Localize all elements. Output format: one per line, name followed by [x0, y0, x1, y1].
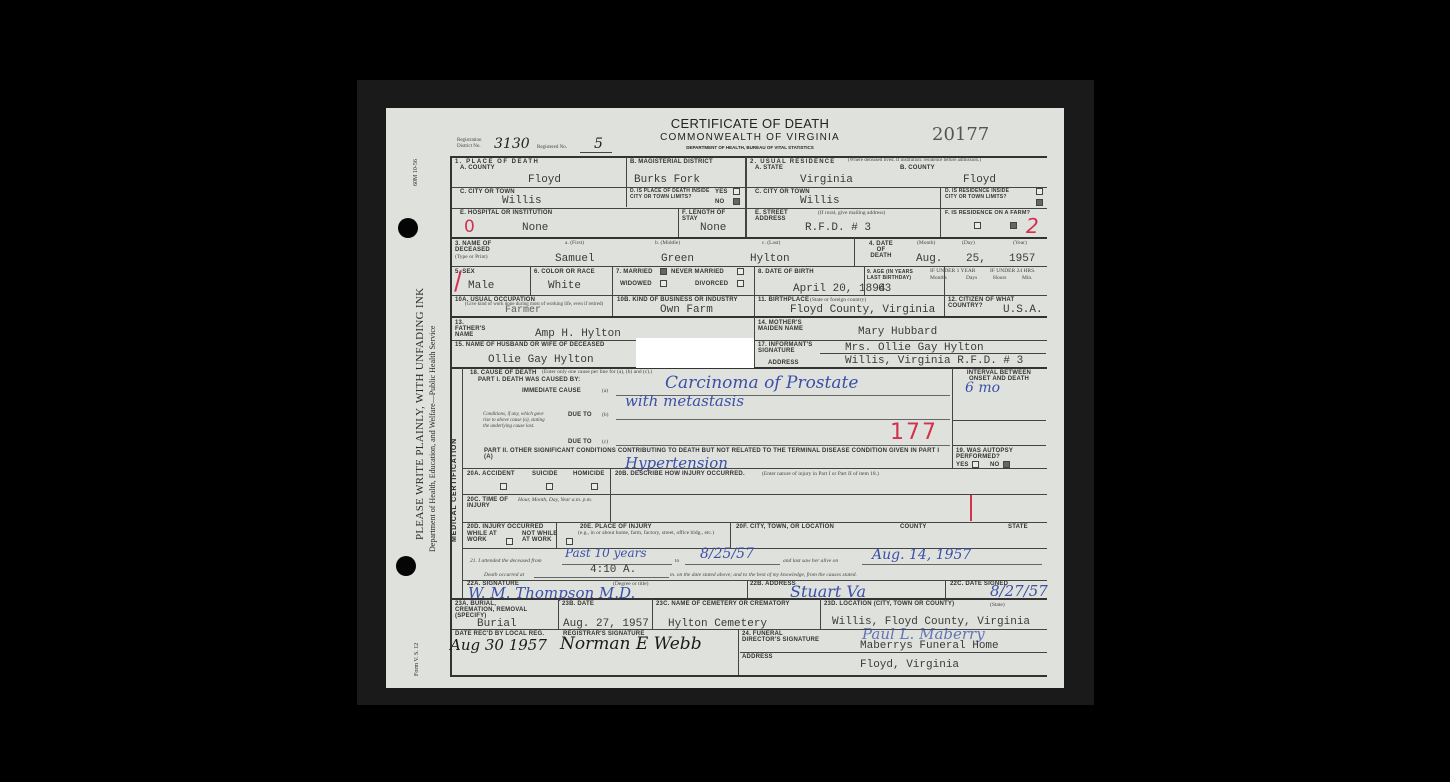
divider: [754, 267, 755, 316]
mins-label: Min.: [1022, 275, 1033, 281]
describe-label: 20b. DESCRIBE HOW INJURY OCCURRED.: [615, 471, 745, 477]
residence-city: Willis: [800, 195, 840, 207]
autopsy-yes-label: YES: [956, 462, 969, 468]
divider: [452, 208, 1047, 209]
birthplace-label: 11. BIRTHPLACE: [758, 297, 809, 303]
physician-address-label: 22b. ADDRESS: [750, 581, 796, 587]
immediate-cause-line2: with metastasis: [625, 392, 744, 410]
never-married-checkbox[interactable]: [737, 268, 744, 275]
while-work-label: WHILE AT WORK: [467, 531, 507, 543]
certificate-title: CERTIFICATE OF DEATH: [640, 116, 860, 131]
dod-day-label: (Day): [962, 240, 975, 246]
death-county: Floyd: [528, 174, 561, 186]
accident-label: 20a. ACCIDENT: [467, 471, 515, 477]
redacted-field: [636, 338, 754, 368]
sex-value: Male: [468, 280, 494, 292]
divider: [945, 580, 946, 598]
residence-state: Virginia: [800, 174, 853, 186]
funeral-home: Maberrys Funeral Home: [860, 640, 999, 652]
residence-note: (Where deceased lived. If institution: r…: [848, 158, 981, 164]
under-1-label: IF UNDER 1 YEAR: [930, 268, 975, 274]
father-value: Amp H. Hylton: [535, 328, 621, 340]
divorced-checkbox[interactable]: [737, 280, 744, 287]
divider: [820, 599, 821, 629]
street-label: e. STREET ADDRESS: [755, 210, 800, 222]
divider: [685, 564, 780, 565]
punch-hole-bottom: [396, 556, 416, 576]
cause-note: (Enter only one cause per line for (a), …: [542, 369, 652, 375]
farm-yes-checkbox[interactable]: [974, 222, 981, 229]
dod-year-label: (Year): [1013, 240, 1027, 246]
registered-no-value: 5: [594, 136, 603, 152]
death-at-label: Death occurred at: [484, 572, 524, 578]
not-while-checkbox[interactable]: [566, 538, 573, 545]
business-value: Own Farm: [660, 304, 713, 316]
injury-city-label: 20f. CITY, TOWN, OR LOCATION: [736, 524, 834, 530]
work-label: 20d. INJURY OCCURRED: [467, 524, 543, 530]
b-label: (b): [602, 412, 608, 418]
married-checkbox[interactable]: [660, 268, 667, 275]
divider: [730, 523, 731, 548]
dod-day: 25,: [966, 253, 986, 265]
immediate-cause-line1: Carcinoma of Prostate: [665, 373, 858, 393]
due-to-b-label: DUE TO: [568, 412, 592, 418]
business-label: 10b. KIND OF BUSINESS OR INDUSTRY: [617, 297, 738, 303]
divider: [462, 522, 1047, 523]
divider: [534, 577, 669, 578]
widowed-checkbox[interactable]: [660, 280, 667, 287]
dod-month-label: (Month): [917, 240, 935, 246]
autopsy-label: 19. WAS AUTOPSY PERFORMED?: [956, 448, 1026, 460]
dod-label: 4. DATE OF DEATH: [866, 241, 896, 259]
stay-value: None: [700, 222, 726, 234]
registrar-signature: Norman E Webb: [560, 634, 702, 654]
residence-inside-label: d. IS RESIDENCE INSIDE CITY OR TOWN LIMI…: [945, 189, 1010, 200]
part2-value: Hypertension: [625, 454, 728, 472]
father-label: 13. FATHER'S NAME: [455, 320, 495, 338]
director-address: Floyd, Virginia: [860, 659, 959, 671]
hospital-label: e. HOSPITAL OR INSTITUTION: [460, 210, 552, 216]
divorced-label: DIVORCED: [695, 281, 728, 287]
divider: [953, 420, 1046, 421]
burial-date: Aug. 27, 1957: [563, 618, 649, 630]
part1-label: PART I. DEATH WAS CAUSED BY:: [478, 377, 580, 383]
informant-address: Willis, Virginia R.F.D. # 3: [845, 355, 1023, 367]
middle-label: b. (Middle): [655, 240, 680, 246]
divider: [678, 208, 679, 237]
divider: [462, 494, 1047, 495]
autopsy-no-label: NO: [990, 462, 999, 468]
dob-label: 8. DATE OF BIRTH: [758, 269, 814, 275]
c-label: (c): [602, 439, 608, 445]
while-work-checkbox[interactable]: [506, 538, 513, 545]
medical-certification-label: MEDICAL CERTIFICATION: [451, 438, 458, 542]
widowed-label: WIDOWED: [620, 281, 652, 287]
occupation-value: Farmer: [505, 305, 541, 316]
informant-label: 17. INFORMANT'S SIGNATURE: [758, 342, 818, 354]
months-label: Months: [930, 275, 947, 281]
received-date: Aug 30 1957: [450, 636, 547, 654]
hours-label: Hours: [993, 275, 1006, 281]
inside-city-label: d. IS PLACE OF DEATH INSIDE CITY OR TOWN…: [630, 189, 710, 200]
residence-street: R.F.D. # 3: [805, 222, 871, 234]
death-city: Willis: [502, 195, 542, 207]
registration-district-value: 3130: [494, 136, 530, 152]
divider: [558, 599, 559, 629]
age-label: 9. AGE (In years last birthday): [867, 269, 925, 281]
divider: [862, 564, 1042, 565]
cause-label: 18. CAUSE OF DEATH: [470, 370, 537, 376]
under-24-label: IF UNDER 24 HRS.: [990, 268, 1036, 274]
spouse-label: 15. NAME OF HUSBAND OR WIFE OF DECEASED: [455, 342, 604, 348]
due-to-c-label: DUE TO: [568, 439, 592, 445]
certificate-number: 20177: [932, 124, 989, 145]
divider: [530, 267, 531, 295]
time-of-injury-note: Hour, Month, Day, Year a.m. p.m.: [518, 497, 600, 503]
burial-method-label: 23a. BURIAL, CREMATION, REMOVAL (Specify…: [455, 601, 535, 619]
side-instruction: PLEASE WRITE PLAINLY, WITH UNFADING INK: [414, 288, 426, 540]
form-code-bottom: Form V. S. 12: [414, 643, 420, 676]
side-department: Department of Health, Education, and Wel…: [428, 326, 437, 552]
residence-county-label: b. COUNTY: [900, 165, 935, 171]
name-label: 3. NAME OF DECEASED: [455, 241, 500, 253]
red-mark: [970, 495, 972, 521]
inside-city-no-checkbox[interactable]: [733, 198, 740, 205]
magisterial-label: b. MAGISTERIAL DISTRICT: [630, 159, 713, 165]
first-name: Samuel: [555, 253, 595, 265]
registration-district-label: Registration District No.: [457, 138, 493, 150]
divider: [616, 445, 950, 446]
county-label: a. COUNTY: [460, 165, 495, 171]
middle-name: Green: [661, 253, 694, 265]
not-while-label: NOT WHILE AT WORK: [522, 531, 564, 543]
divider: [452, 295, 1047, 296]
inside-city-no-label: NO: [715, 199, 724, 205]
time-of-injury-label: 20c. TIME OF INJURY: [467, 497, 515, 509]
divider: [747, 580, 748, 598]
certificate-subtitle: COMMONWEALTH OF VIRGINIA: [620, 132, 880, 143]
never-married-label: NEVER MARRIED: [671, 269, 724, 275]
informant-address-label: ADDRESS: [768, 360, 799, 366]
cause-code: 177: [890, 420, 938, 445]
attended-to: 8/25/57: [700, 546, 754, 562]
suicide-checkbox[interactable]: [546, 483, 553, 490]
homicide-label: HOMICIDE: [573, 471, 605, 477]
hospital-value: None: [522, 222, 548, 234]
last-label: c. (Last): [762, 240, 780, 246]
divider: [612, 267, 613, 316]
birthplace-value: Floyd County, Virginia: [790, 304, 935, 316]
injury-state-label: STATE: [1008, 524, 1028, 530]
divider: [652, 599, 653, 629]
divider: [450, 598, 1047, 600]
describe-note: (Enter nature of injury in Part I or Par…: [762, 471, 879, 477]
autopsy-yes-checkbox[interactable]: [972, 461, 979, 468]
suicide-label: SUICIDE: [532, 471, 558, 477]
magisterial-district: Burks Fork: [634, 174, 700, 186]
divider: [820, 353, 1046, 354]
form-code-top: 60M 10-56: [413, 159, 419, 186]
attended-to-label: to: [675, 558, 679, 564]
divider: [450, 316, 1047, 318]
attended-label: 21. I attended the deceased from: [470, 558, 542, 564]
conditions-note: Conditions, if any, which gave rise to a…: [483, 412, 545, 430]
birthplace-note: (State or foreign country): [810, 297, 866, 303]
name-note: (Type or Print): [455, 254, 488, 260]
inside-city-yes-checkbox[interactable]: [733, 188, 740, 195]
autopsy-no-checkbox[interactable]: [1003, 461, 1010, 468]
divider: [462, 468, 1047, 469]
immediate-label: IMMEDIATE CAUSE: [522, 388, 581, 394]
citizen-value: U.S.A.: [1003, 304, 1043, 316]
divider: [452, 266, 1047, 267]
department-name: DEPARTMENT OF HEALTH, BUREAU OF VITAL ST…: [630, 145, 870, 150]
dod-month: Aug.: [916, 253, 942, 265]
residence-inside-no-checkbox[interactable]: [1036, 199, 1043, 206]
divider: [738, 629, 739, 675]
frame-bottom: [450, 675, 1047, 677]
a-label: (a): [602, 388, 608, 394]
burial-state-label: (State): [990, 602, 1005, 608]
spouse-value: Ollie Gay Hylton: [488, 354, 594, 366]
days-label: Days: [966, 275, 977, 281]
first-label: a. (First): [565, 240, 584, 246]
hospital-code: 0: [464, 217, 475, 237]
dob-value: April 20, 1894: [793, 283, 885, 295]
divider: [740, 652, 1047, 653]
last-name: Hylton: [750, 253, 790, 265]
stay-label: f. LENGTH OF STAY: [682, 210, 737, 222]
divider: [854, 238, 855, 266]
farm-code: 2: [1026, 214, 1039, 238]
divider: [754, 317, 755, 367]
director-label: 24. FUNERAL DIRECTOR'S SIGNATURE: [742, 631, 822, 643]
race-value: White: [548, 280, 581, 292]
registered-no-label: Registered No.: [537, 145, 567, 151]
residence-inside-yes-checkbox[interactable]: [1036, 188, 1043, 195]
farm-label: f. IS RESIDENCE ON A FARM?: [945, 210, 1030, 216]
place-of-injury-note: (e.g., in or about home, farm, factory, …: [578, 530, 728, 536]
farm-no-checkbox[interactable]: [1010, 222, 1017, 229]
divider: [626, 187, 627, 207]
cemetery-value: Hylton Cemetery: [668, 618, 767, 630]
cemetery-label: 23c. NAME OF CEMETERY OR CREMATORY: [656, 601, 790, 607]
last-saw-value: Aug. 14, 1957: [872, 547, 971, 563]
death-time: 4:10 A.: [590, 564, 636, 576]
state-label: a. STATE: [755, 165, 783, 171]
death-at-note: m. on the date stated above; and to the …: [670, 572, 857, 578]
divider: [952, 368, 953, 468]
attended-from: Past 10 years: [565, 546, 647, 560]
divider: [610, 469, 611, 522]
divider: [940, 187, 941, 237]
divider: [450, 237, 1047, 239]
director-address-label: ADDRESS: [742, 654, 773, 660]
age-value: 63: [878, 283, 891, 295]
divider: [626, 157, 627, 187]
residence-county: Floyd: [963, 174, 996, 186]
divider: [953, 445, 1046, 446]
race-label: 6. COLOR OR RACE: [534, 269, 595, 275]
punch-hole-top: [398, 218, 418, 238]
divider: [462, 368, 463, 598]
interval-value: 6 mo: [965, 380, 1000, 396]
dod-year: 1957: [1009, 253, 1035, 265]
injury-county-label: COUNTY: [900, 524, 927, 530]
burial-date-label: 23b. DATE: [562, 601, 594, 607]
mother-label: 14. MOTHER'S MAIDEN NAME: [758, 320, 818, 332]
mother-value: Mary Hubbard: [858, 326, 937, 338]
married-label: 7. MARRIED: [616, 269, 653, 275]
burial-method: Burial: [477, 618, 517, 630]
last-saw-label: and last saw her alive on: [783, 558, 838, 564]
inside-city-yes-label: YES: [715, 189, 728, 195]
accident-checkbox[interactable]: [500, 483, 507, 490]
divider: [580, 152, 612, 153]
homicide-checkbox[interactable]: [591, 483, 598, 490]
street-note: (If rural, give mailing address): [818, 210, 885, 216]
divider: [745, 157, 747, 237]
burial-location-label: 23d. LOCATION (City, town or county): [824, 601, 954, 607]
